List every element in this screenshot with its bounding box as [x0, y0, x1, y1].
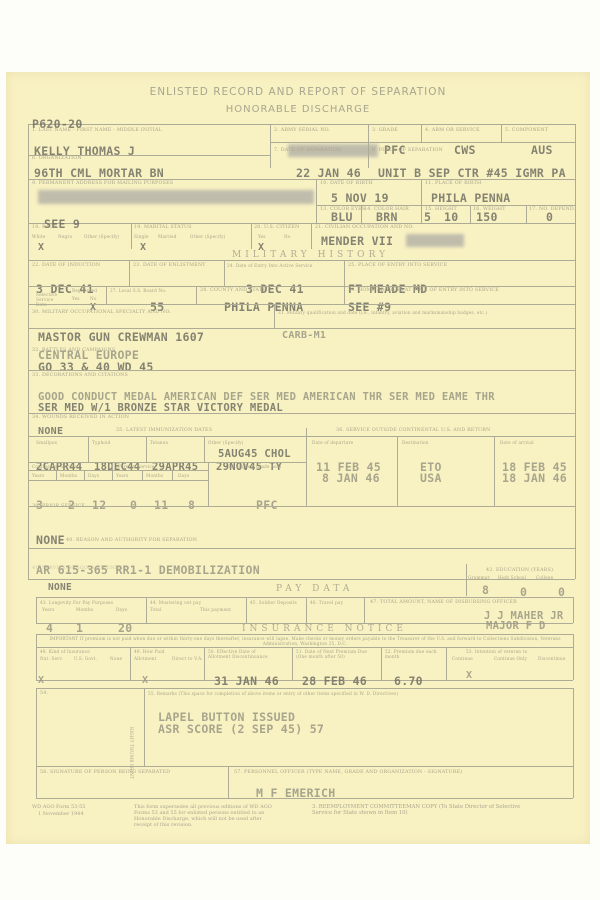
divider — [36, 766, 573, 767]
divider — [84, 470, 85, 480]
divider — [28, 462, 306, 463]
label-dob: 10. Date of birth — [320, 181, 373, 186]
label-ss-yes: Yes — [72, 296, 80, 301]
divider — [28, 436, 575, 437]
marital-col-married: Married — [158, 234, 177, 239]
label-intention: 53. Intention of veteran to — [466, 649, 527, 654]
svc-col-months: Months — [60, 473, 77, 478]
divider — [270, 142, 575, 143]
divider — [204, 647, 205, 680]
race-col-negro: Negro — [58, 234, 72, 239]
label-54: 54. — [40, 691, 48, 696]
divider — [397, 436, 398, 506]
divider — [208, 462, 209, 506]
label-remarks: 55. Remarks (This space for completion o… — [148, 691, 398, 696]
divider — [36, 688, 37, 798]
redacted-civ-no — [406, 234, 464, 247]
svc-col-years: Years — [32, 473, 45, 478]
divider — [28, 286, 575, 287]
marital-col-other: Other (Specify) — [190, 234, 226, 239]
divider — [106, 286, 107, 304]
value-dependents: 0 — [546, 210, 553, 224]
divider — [368, 142, 369, 168]
divider — [130, 647, 131, 680]
value-premium-amount: 6.70 — [394, 674, 423, 688]
divider — [446, 647, 447, 680]
label-home-address: 29. Home address at time of entry into s… — [348, 288, 499, 293]
divider — [274, 304, 275, 328]
divider — [573, 597, 574, 623]
divider — [28, 548, 575, 549]
label-date-sep: 7. Date of separation — [274, 148, 341, 153]
value-remarks-2: ASR SCORE (2 SEP 45) 57 — [158, 722, 324, 736]
long-col-months: Months — [76, 607, 93, 612]
form-supersedes-note: This form supersedes all previous editio… — [134, 804, 276, 828]
divider — [228, 766, 229, 798]
edu-col-grammar: Grammar — [468, 575, 490, 580]
label-entry-active: 24. Date of Entry Into Active Service — [227, 263, 313, 268]
label-total-amount: 47. Total amount, name of disbursing off… — [370, 600, 517, 605]
citizen-col-no: No — [284, 234, 291, 239]
value-svc-days-f: 8 — [188, 498, 195, 512]
mark-nat-serv: X — [38, 675, 44, 686]
label-induction: 22. Date of induction — [32, 263, 100, 268]
label-ss-no: No — [90, 296, 97, 301]
divider — [28, 328, 575, 329]
form-number: WD AGO Form 53-55 — [32, 804, 85, 810]
divider — [36, 647, 573, 648]
value-highest-grade: PFC — [256, 498, 278, 512]
label-service-outside: 36. Service outside continental U.S. and… — [336, 428, 490, 433]
value-qualification: CARB-M1 — [282, 330, 326, 341]
label-place-sep: 8. Place of separation — [372, 148, 443, 153]
immun-col-typhoid: Typhoid — [92, 440, 110, 445]
value-schools: NONE — [48, 582, 72, 593]
value-next-premium: 28 FEB 46 — [302, 674, 367, 688]
divider — [204, 436, 205, 462]
value-allotment-date: 31 JAN 46 — [214, 674, 279, 688]
divider — [251, 223, 252, 249]
label-next-premium: 51. Date of Next Premium Due (One month … — [296, 649, 376, 659]
label-kind-insurance: 48. Kind of Insurance — [40, 649, 90, 654]
label-grade: 3. Grade — [372, 128, 398, 133]
form-date: 1 November 1944 — [38, 811, 84, 817]
group-foreign: Foreign Service — [118, 464, 155, 469]
discharge-form: ENLISTED RECORD AND REPORT OF SEPARATION… — [6, 72, 590, 844]
paid-col-direct: Direct to V.A. — [172, 656, 203, 661]
value-immun-other-1: 5AUG45 CHOL — [218, 448, 291, 460]
divider — [36, 597, 37, 623]
paid-col-allotment: Allotment — [134, 656, 157, 661]
label-reason: 40. Reason and authority for separation — [66, 538, 197, 543]
form-subtitle: HONORABLE DISCHARGE — [6, 104, 590, 115]
label-marital: 19. Marital Status — [134, 225, 192, 230]
divider — [28, 370, 575, 371]
divider — [56, 470, 57, 480]
divider — [28, 480, 208, 481]
must-col-total: Total — [150, 607, 162, 612]
label-travel: 46. Travel pay — [310, 600, 343, 605]
label-qualification: 31. Military qualification and date (i.e… — [278, 310, 487, 315]
divider — [28, 124, 575, 125]
value-svc-years: 3 — [36, 498, 43, 512]
value-pob: PHILA PENNA — [431, 191, 510, 205]
label-education: 42. Education (Years) — [486, 568, 553, 573]
label-highest-grade: 38. Highest grade held — [228, 464, 281, 469]
long-col-days: Days — [116, 607, 127, 612]
divider — [364, 597, 365, 623]
label-wounds: 34. Wounds received in action — [32, 415, 129, 420]
divider — [466, 564, 467, 596]
value-dob: 5 NOV 19 — [331, 191, 389, 205]
divider — [494, 436, 495, 506]
divider — [306, 597, 307, 623]
label-premium-due: 52. Premium due each month — [385, 649, 445, 659]
label-deposits: 45. Soldier Deposits — [250, 600, 297, 605]
divider — [146, 597, 147, 623]
divider — [421, 124, 422, 142]
immun-col-smallpox: Smallpox — [36, 440, 57, 445]
divider — [421, 205, 422, 223]
label-immunization: 35. Latest immunization dates — [116, 428, 212, 433]
divider — [246, 597, 247, 623]
divider — [573, 634, 574, 680]
pay-data-heading: PAY DATA — [276, 584, 353, 594]
label-effective-date: 50. Effective Date of Allotment Disconti… — [208, 649, 278, 659]
divider — [28, 470, 208, 471]
divider — [381, 647, 382, 680]
divider — [172, 470, 173, 480]
value-date-sep: 22 JAN 46 — [296, 166, 361, 180]
marital-mark: X — [140, 242, 146, 253]
divider — [526, 205, 527, 223]
label-decorations: 33. Decorations and citations — [32, 373, 128, 378]
svc-col-years-f: Years — [116, 473, 129, 478]
divider — [311, 223, 312, 249]
group-continental: Continental Service — [32, 464, 78, 469]
value-svc-days: 12 — [92, 498, 106, 512]
value-svc-years-f: 0 — [130, 498, 137, 512]
divider — [131, 223, 132, 249]
value-departure-2: 8 JAN 46 — [322, 471, 380, 485]
copy-note: 3. REEMPLOYMENT COMMITTEEMAN COPY (To St… — [312, 804, 532, 816]
divider — [470, 205, 471, 223]
value-height-ft: 5 — [424, 210, 431, 224]
divider — [142, 470, 143, 480]
label-serial: 2. Army serial no. — [274, 128, 330, 133]
value-prior-service: NONE — [36, 533, 65, 547]
divider — [28, 579, 575, 580]
edu-col-high: High School — [498, 575, 526, 580]
label-place-entry: 25. Place of entry into service — [348, 263, 447, 268]
mark-intention-continue: X — [466, 670, 472, 681]
marital-col-single: Single — [134, 234, 149, 239]
divider — [270, 124, 271, 168]
label-personnel-officer: 57. Personnel officer (Type name, grade … — [234, 770, 462, 775]
col-destination: Destination — [402, 440, 429, 445]
label-longevity: 43. Longevity For Pay Purposes — [40, 600, 113, 605]
label-citizen: 20. U.S. Citizen — [254, 225, 299, 230]
race-col-white: White — [32, 234, 46, 239]
divider — [421, 179, 422, 205]
divider — [28, 260, 575, 261]
label-civ-occupation: 21. Civilian occupation and no. — [315, 225, 414, 230]
label-ss-registered: Registered — [72, 288, 97, 293]
label-mos: 30. Military occupational specialty and … — [32, 310, 171, 315]
military-history-heading: MILITARY HISTORY — [232, 250, 389, 260]
long-col-years: Years — [42, 607, 55, 612]
divider — [573, 688, 574, 798]
divider — [28, 506, 575, 507]
divider — [36, 634, 37, 680]
svc-col-days-f: Days — [178, 473, 189, 478]
value-svc-months: 2 — [68, 498, 75, 512]
int-col-continue: Continue — [452, 656, 473, 661]
divider — [36, 688, 573, 689]
value-arrival-2: 18 JAN 46 — [502, 471, 567, 485]
mark-allotment: X — [142, 675, 148, 686]
ins-col-govt: U.S. Govt. — [74, 656, 97, 661]
value-long-years: 4 — [46, 621, 53, 635]
value-destination-2: USA — [420, 471, 442, 485]
divider — [196, 286, 197, 304]
label-how-paid: 49. How Paid — [134, 649, 165, 654]
label-mustering: 44. Mustering out pay — [150, 600, 201, 605]
disbursing-officer-2: MAJOR F D — [486, 620, 546, 632]
race-col-other: Other (Specify) — [84, 234, 120, 239]
divider — [344, 260, 345, 304]
divider — [36, 634, 573, 635]
divider — [224, 260, 225, 286]
int-col-continue-only: Continue Only — [494, 656, 527, 661]
divider — [28, 413, 575, 414]
label-component: 5. Component — [505, 128, 548, 133]
citizen-col-yes: Yes — [258, 234, 266, 239]
label-ss-board: 27. Local S.S. Board No. — [110, 288, 167, 293]
divider — [146, 436, 147, 462]
divider — [28, 124, 29, 579]
divider — [129, 260, 130, 286]
divider — [316, 205, 575, 206]
ins-col-none: None — [110, 656, 122, 661]
value-long-days: 20 — [118, 621, 132, 635]
value-organization: 96TH CML MORTAR BN — [34, 166, 164, 180]
divider — [575, 124, 576, 579]
label-organization: 6. Organization — [32, 156, 82, 161]
col-arrival: Date of arrival — [500, 440, 534, 445]
divider — [112, 462, 113, 480]
divider — [306, 428, 307, 506]
value-arm: CWS — [454, 143, 476, 157]
value-edu-grammar: 8 — [482, 583, 489, 597]
redacted-address — [38, 190, 314, 204]
value-height-in: 10 — [444, 210, 458, 224]
divider — [368, 124, 369, 142]
divider — [28, 304, 575, 305]
divider — [361, 205, 362, 223]
divider — [501, 124, 502, 142]
divider — [36, 798, 573, 799]
label-race: 18. Race — [32, 225, 57, 230]
svc-col-months-f: Months — [146, 473, 163, 478]
value-mos: MASTOR GUN CREWMAN 1607 — [38, 330, 204, 344]
edu-col-college: College — [536, 575, 553, 580]
divider — [316, 179, 317, 223]
form-title: ENLISTED RECORD AND REPORT OF SEPARATION — [6, 86, 590, 98]
svc-col-days: Days — [88, 473, 99, 478]
value-battles-ref: GO 33 & 40 WD 45 — [38, 360, 154, 374]
race-mark: X — [38, 242, 44, 253]
int-col-discontinue: Discontinue — [538, 656, 566, 661]
label-address: 9. Permanent address for mailing purpose… — [32, 181, 173, 186]
immun-col-other: Other (Specify) — [208, 440, 244, 445]
label-enlistment: 23. Date of Enlistment — [133, 263, 206, 268]
value-svc-months-f: 11 — [154, 498, 168, 512]
value-long-months: 1 — [76, 621, 83, 635]
divider — [292, 647, 293, 680]
label-pob: 11. Place of birth — [425, 181, 481, 186]
insurance-important-note: IMPORTANT If premium is not paid when du… — [44, 636, 566, 646]
label-signature: 56. Signature of person being separated — [40, 770, 170, 775]
col-departure: Date of departure — [312, 440, 353, 445]
ins-col-nat: Nat. Serv. — [40, 656, 63, 661]
value-civ-occupation: MENDER VII — [321, 234, 393, 248]
must-col-payment: This payment — [200, 607, 231, 612]
value-weight: 150 — [476, 210, 498, 224]
divider — [144, 688, 145, 766]
label-schools: 41. Service schools attended — [32, 566, 127, 571]
label-county-state: 28. County and State — [200, 288, 266, 293]
divider — [88, 436, 89, 462]
value-eyes: BLU — [331, 210, 353, 224]
value-hair: BRN — [376, 210, 398, 224]
insurance-notice-heading: INSURANCE NOTICE — [242, 624, 407, 634]
value-place-sep: UNIT B SEP CTR #45 IGMR PA — [378, 166, 566, 180]
divider — [36, 597, 573, 598]
immun-col-tetanus: Tetanus — [150, 440, 168, 445]
divider — [28, 179, 575, 180]
value-component: AUS — [531, 143, 553, 157]
label-arm: 4. Arm or service — [425, 128, 480, 133]
label-name: 1. Last name - first name - middle initi… — [32, 128, 162, 133]
